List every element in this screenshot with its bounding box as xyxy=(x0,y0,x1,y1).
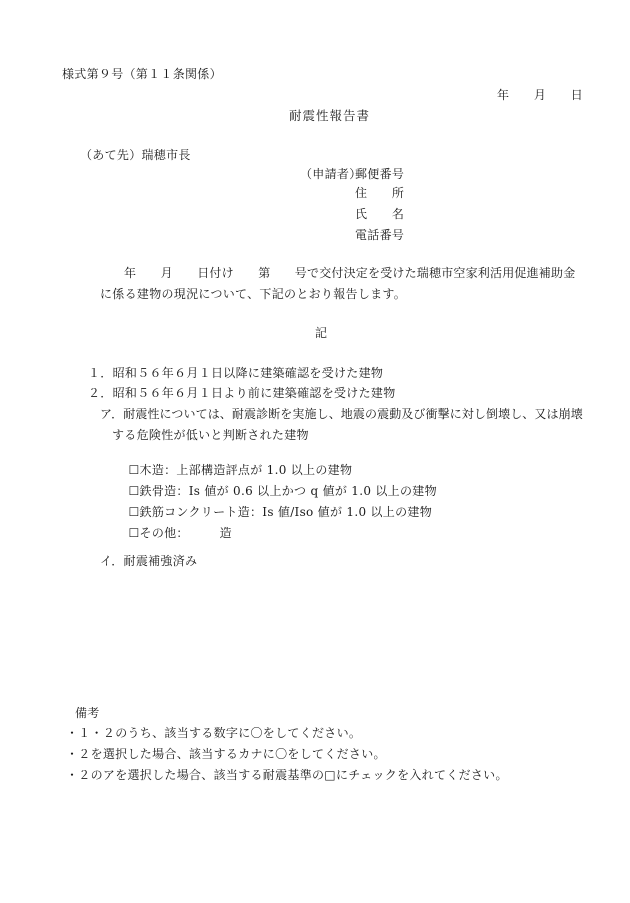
ki-heading: 記 xyxy=(315,326,327,340)
postal-code-label: 郵便番号 xyxy=(355,167,404,181)
checkbox-label: その他： 造 xyxy=(140,526,232,540)
address-label: 住 所 xyxy=(355,186,404,200)
item-1: １．昭和５６年６月１日以降に建築確認を受けた建物 xyxy=(88,366,383,380)
phone-label: 電話番号 xyxy=(355,228,404,242)
note-bullet-1: ・１・２のうち、該当する数字に〇をしてください。 xyxy=(66,726,361,740)
document-title: 耐震性報告書 xyxy=(289,109,370,123)
item-2a-line-2: する危険性が低いと判断された建物 xyxy=(112,428,309,442)
name-label: 氏 名 xyxy=(355,207,404,221)
checkbox-icon[interactable]: ☐ xyxy=(128,526,139,540)
date-line: 年 月 日 xyxy=(497,88,583,102)
item-2: ２．昭和５６年６月１日より前に建築確認を受けた建物 xyxy=(88,386,396,400)
body-line-2: に係る建物の現況について、下記のとおり報告します。 xyxy=(100,287,406,301)
checkbox-row-other[interactable]: ☐その他： 造 xyxy=(112,512,232,554)
body-line-1: 年 月 日付け 第 号で交付決定を受けた瑞穂市空家利活用促進補助金 xyxy=(124,266,575,280)
addressee: （あて先）瑞穂市長 xyxy=(80,148,191,162)
applicant-label: （申請者） xyxy=(300,167,362,181)
notes-heading: 備考 xyxy=(75,706,100,720)
item-2a-line-1: ア．耐震性については、耐震診断を実施し、地震の震動及び衝撃に対し倒壊し、又は崩壊 xyxy=(100,407,583,421)
form-number: 様式第９号（第１１条関係） xyxy=(62,67,222,81)
note-bullet-3: ・２のアを選択した場合、該当する耐震基準の□にチェックを入れてください。 xyxy=(66,768,508,782)
note-bullet-2: ・２を選択した場合、該当するカナに〇をしてください。 xyxy=(66,747,386,761)
item-2i: イ．耐震補強済み xyxy=(100,554,197,568)
